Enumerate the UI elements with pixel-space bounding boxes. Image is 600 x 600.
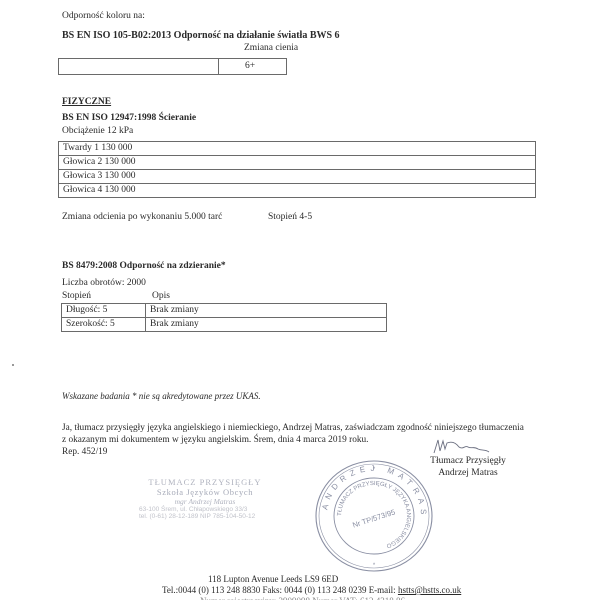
colorfastness-standard: BS EN ISO 105-B02:2013 Odporność na dzia… [62, 30, 340, 41]
rect-stamp-line: mgr Andrzej Matras [135, 497, 275, 506]
scan-speck [12, 364, 14, 366]
table-row: Szerokość: 5 Brak zmiany [62, 318, 387, 332]
seal-center-text: Nr TP/573/95 [351, 507, 396, 529]
shade-change-value: Stopień 4-5 [268, 212, 312, 222]
colorfastness-table: 6+ [58, 58, 287, 75]
table-row: 6+ [59, 59, 287, 75]
table-row: Głowica 4 130 000 [59, 184, 536, 198]
snagging-header-grade: Stopień [62, 291, 91, 301]
table-cell: Głowica 2 130 000 [59, 156, 536, 170]
table-cell: Długość: 5 [62, 304, 146, 318]
abrasion-table: Twardy 1 130 000 Głowica 2 130 000 Głowi… [58, 141, 536, 198]
repertory-number: Rep. 452/19 [62, 447, 107, 457]
snagging-revolutions: Liczba obrotów: 2000 [62, 278, 146, 288]
footer-partial-line: Numer rejestracyjny: 2909098 Numer VAT: … [200, 596, 405, 600]
rect-stamp: TŁUMACZ PRZYSIĘGŁY Szkoła Języków Obcych… [135, 477, 275, 520]
signature-icon [432, 437, 492, 455]
footer-contact: Tel.:0044 (0) 113 248 8830 Faks: 0044 (0… [162, 585, 461, 595]
shade-change-header: Zmiana cienia [244, 43, 298, 53]
abrasion-standard: BS EN ISO 12947:1998 Ścieranie [62, 113, 196, 123]
certification-line-2: z okazanym mi dokumentem w języku angiel… [62, 435, 368, 445]
ukas-note: Wskazane badania * nie są akredytowane p… [62, 391, 261, 401]
table-cell: Głowica 3 130 000 [59, 170, 536, 184]
rect-stamp-line: 63-100 Śrem, ul. Chłapowskiego 33/3 [135, 506, 275, 513]
physical-section-title: FIZYCZNE [62, 97, 111, 107]
table-row: Twardy 1 130 000 [59, 142, 536, 156]
table-cell: Twardy 1 130 000 [59, 142, 536, 156]
footer-address: 118 Lupton Avenue Leeds LS9 6ED [208, 574, 338, 584]
table-cell: Głowica 4 130 000 [59, 184, 536, 198]
table-row: Długość: 5 Brak zmiany [62, 304, 387, 318]
table-row: Głowica 2 130 000 [59, 156, 536, 170]
rect-stamp-line: TŁUMACZ PRZYSIĘGŁY [135, 477, 275, 487]
snagging-table: Długość: 5 Brak zmiany Szerokość: 5 Brak… [61, 303, 387, 332]
rect-stamp-line: Szkoła Języków Obcych [135, 487, 275, 497]
shade-change-label: Zmiana odcienia po wykonaniu 5.000 tarć [62, 212, 222, 222]
table-cell: Szerokość: 5 [62, 318, 146, 332]
footer-phone-fax: Tel.:0044 (0) 113 248 8830 Faks: 0044 (0… [162, 585, 398, 595]
table-cell-value: 6+ [219, 59, 287, 75]
snagging-standard: BS 8479:2008 Odporność na zdzieranie* [62, 261, 226, 271]
colorfastness-heading: Odporność koloru na: [62, 11, 145, 21]
certification-line-1: Ja, tłumacz przysięgły języka angielskie… [62, 423, 524, 433]
table-cell: Brak zmiany [146, 304, 387, 318]
table-row: Głowica 3 130 000 [59, 170, 536, 184]
table-cell [59, 59, 219, 75]
rect-stamp-line: tel. (0-61) 28-12-189 NIP 785-104-50-12 [135, 513, 275, 520]
round-seal-icon: ANDRZEJ MATRAS TŁUMACZ PRZYSIĘGŁY JĘZYKA… [312, 457, 436, 575]
table-cell: Brak zmiany [146, 318, 387, 332]
footer-email-link[interactable]: hstts@hstts.co.uk [398, 585, 461, 595]
abrasion-load: Obciążenie 12 kPa [62, 126, 133, 136]
snagging-header-description: Opis [152, 291, 170, 301]
